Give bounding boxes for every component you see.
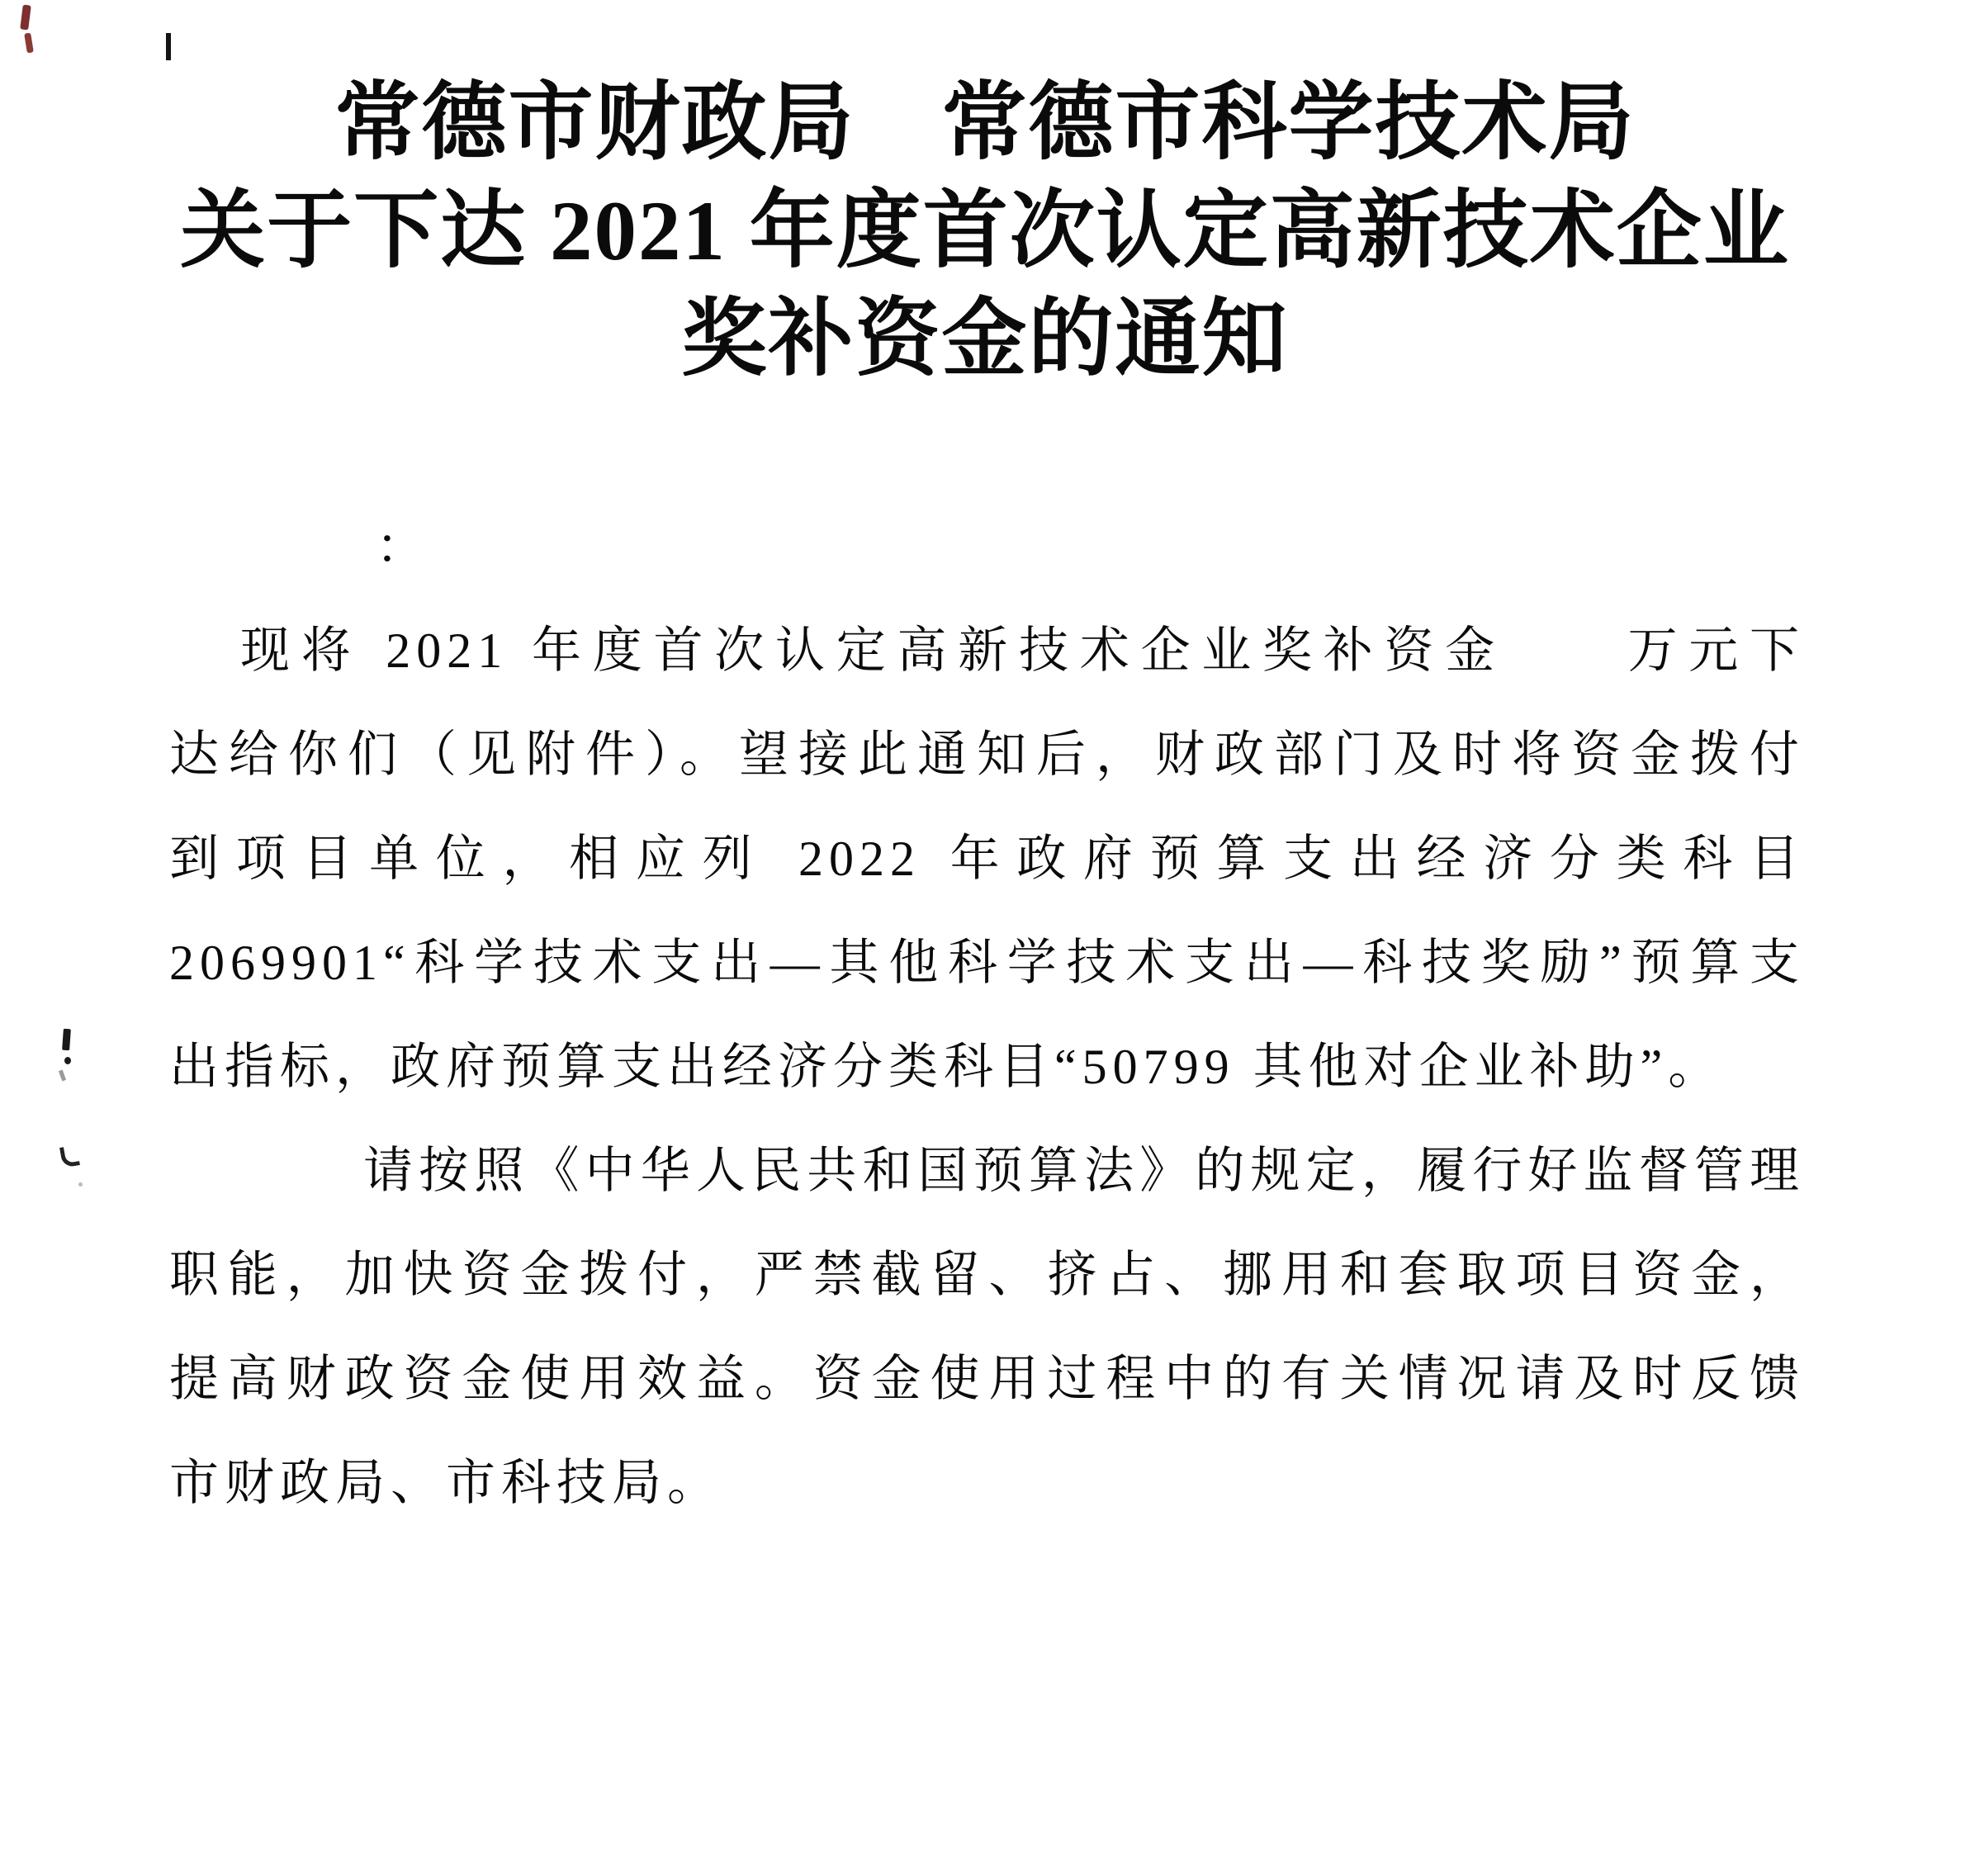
body-line: 提高财政资金使用效益。资金使用过程中的有关情况请及时反馈 [169,1327,1805,1431]
body-line: 出指标，政府预算支出经济分类科目“50799 其他对企业补助”。 [169,1015,1805,1119]
scan-artifact-exclamation-dot [64,1057,71,1064]
body-line: 达给你们（见附件）。望接此通知后，财政部门及时将资金拨付 [169,703,1805,807]
title-line-agencies: 常德市财政局 常德市科学技术局 [0,69,1970,178]
scan-artifact-tick [59,1070,66,1082]
document-title: 常德市财政局 常德市科学技术局 关于下达 2021 年度首次认定高新技术企业 奖… [0,0,1970,394]
body-line: 请按照《中华人民共和国预算法》的规定，履行好监督管理 [169,1119,1805,1223]
paragraph-2: 请按照《中华人民共和国预算法》的规定，履行好监督管理 职能，加快资金拨付，严禁截… [169,1119,1805,1535]
scan-artifact-edge-line [166,33,171,60]
body-line: 职能，加快资金拨付，严禁截留、挤占、挪用和套取项目资金， [169,1223,1805,1327]
salutation-colon: ： [169,495,1805,599]
document-page: 常德市财政局 常德市科学技术局 关于下达 2021 年度首次认定高新技术企业 奖… [0,0,1970,1876]
body-line: 到项目单位，相应列 2022 年政府预算支出经济分类科目 [169,807,1805,911]
title-line-notice: 奖补资金的通知 [0,286,1970,394]
paragraph-1: 现将 2021 年度首次认定高新技术企业奖补资金 万元下 达给你们（见附件）。望… [169,599,1805,1119]
title-line-subject: 关于下达 2021 年度首次认定高新技术企业 [0,178,1970,286]
document-body: ： 现将 2021 年度首次认定高新技术企业奖补资金 万元下 达给你们（见附件）… [169,495,1805,1535]
body-line: 现将 2021 年度首次认定高新技术企业奖补资金 万元下 [169,599,1805,703]
scan-artifact-exclamation-bar [62,1029,71,1051]
scan-artifact-dot [78,1182,83,1187]
body-line: 2069901“科学技术支出—其他科学技术支出—科技奖励”预算支 [169,911,1805,1015]
scan-artifact-squiggle [59,1144,80,1168]
body-line: 市财政局、市科技局。 [169,1431,1805,1535]
